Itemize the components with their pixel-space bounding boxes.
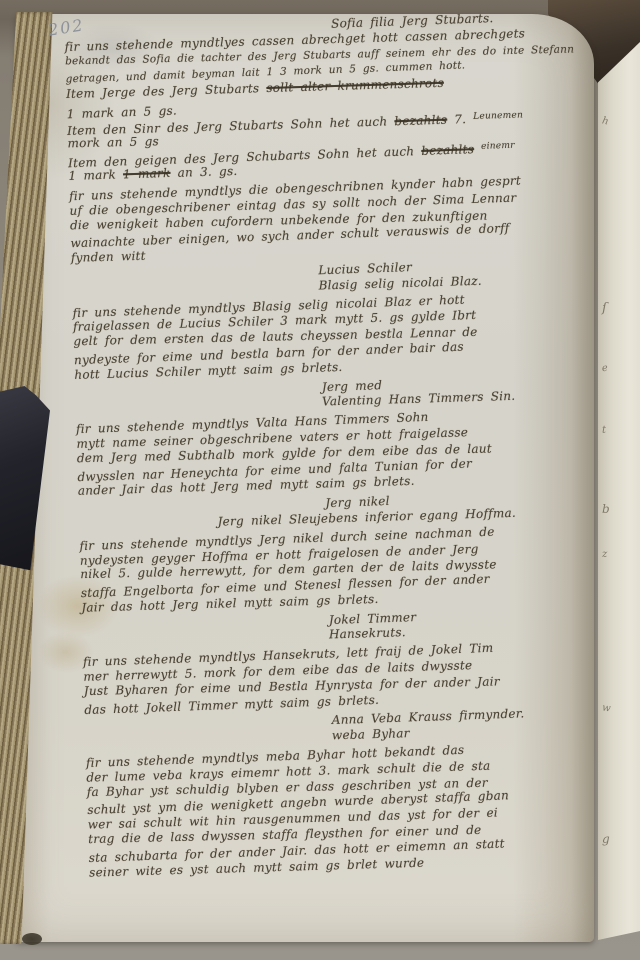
struck-text: bezahlts <box>394 112 447 128</box>
handwritten-text: weba Byhar <box>332 726 410 742</box>
manuscript-paragraph: Sofia filia Jerg Stubarts.fir uns stehen… <box>64 9 580 103</box>
manuscript-paragraph: fir uns stehende myndtlys Valta Hans Tim… <box>76 406 592 500</box>
manuscript-text: Sofia filia Jerg Stubarts.fir uns stehen… <box>64 9 603 884</box>
handwritten-text: an 3. gs. <box>170 164 237 180</box>
handwritten-text: Jerg med <box>321 378 382 394</box>
handwritten-text: Jokel Timmer <box>328 610 416 627</box>
manuscript-photo: hſetbzwg 202 Sofia filia Jerg Stubarts.f… <box>0 0 640 960</box>
handwritten-text: einemr <box>481 141 515 152</box>
handwritten-text: Jerg nikel <box>325 494 390 510</box>
bleed-mark: g <box>602 834 610 844</box>
handwritten-text: Leunemen <box>473 110 523 121</box>
facing-page: hſetbzwg <box>598 42 640 940</box>
handwritten-text: 1 mark an 5 gs. <box>66 103 177 121</box>
manuscript-paragraph: fir uns stehende myndtlys meba Byhar hot… <box>86 739 604 881</box>
manuscript-paragraph: fir uns stehende myndtlys Blasig selig n… <box>72 289 588 383</box>
manuscript-paragraph: 1 mark an 5 gs.Item den Sinr des Jerg St… <box>66 91 582 185</box>
struck-text: 1 mark <box>123 166 171 181</box>
manuscript-paragraph: fir uns stehende myndtlys die obengeschr… <box>69 173 585 267</box>
struck-text: bezahlts <box>421 142 474 158</box>
manuscript-paragraph: fir uns stehende myndtlys Hansekruts, le… <box>83 639 599 717</box>
ink-spot <box>22 933 42 945</box>
handwritten-text: mork an 5 gs <box>67 134 159 150</box>
manuscript-paragraph: fir uns stehende myndtlys Jerg nikel dur… <box>79 522 595 616</box>
handwritten-text: 7. <box>447 112 473 127</box>
bleed-mark: b <box>602 504 610 514</box>
handwritten-text: Lucius Schiler <box>318 260 412 277</box>
